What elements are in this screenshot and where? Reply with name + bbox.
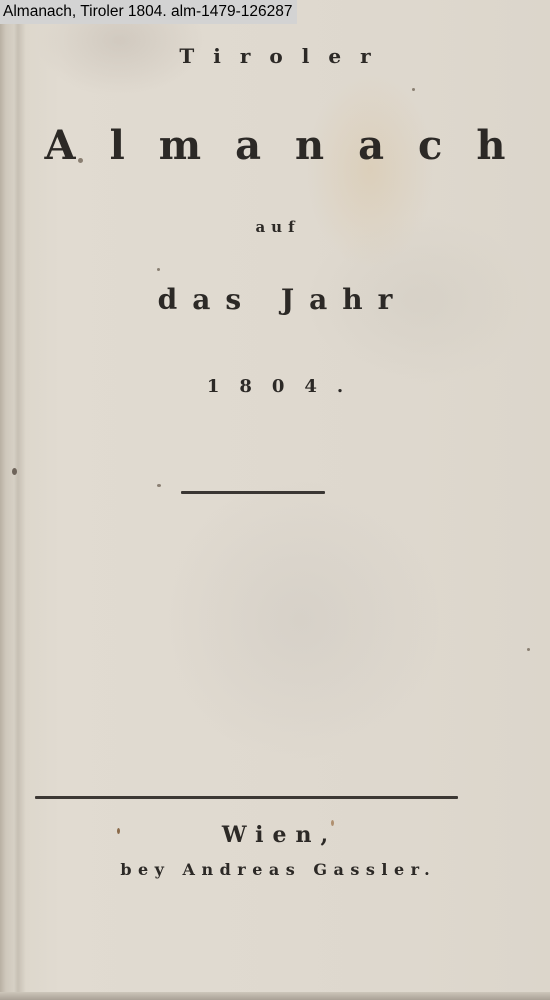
paper-speck: [157, 268, 160, 271]
page-bottom-edge: [0, 992, 550, 1000]
scanned-page: Tiroler Almanach auf das Jahr 1804. Wien…: [0, 0, 550, 1000]
title-line-almanach: Almanach: [0, 122, 550, 169]
long-rule-divider: [35, 796, 458, 799]
paper-speck: [527, 648, 530, 651]
title-line-das-jahr: das Jahr: [0, 283, 550, 316]
paper-speck: [157, 484, 161, 487]
title-line-auf: auf: [0, 218, 550, 236]
title-year: 1804.: [0, 376, 550, 397]
imprint-publisher: bey Andreas Gassler.: [0, 860, 550, 879]
short-rule-divider: [181, 491, 325, 494]
paper-speck: [412, 88, 415, 91]
imprint-place: Wien,: [0, 822, 550, 848]
title-line-tiroler: Tiroler: [0, 44, 550, 68]
paper-speck: [12, 468, 17, 475]
image-caption: Almanach, Tiroler 1804. alm-1479-126287: [0, 0, 297, 24]
